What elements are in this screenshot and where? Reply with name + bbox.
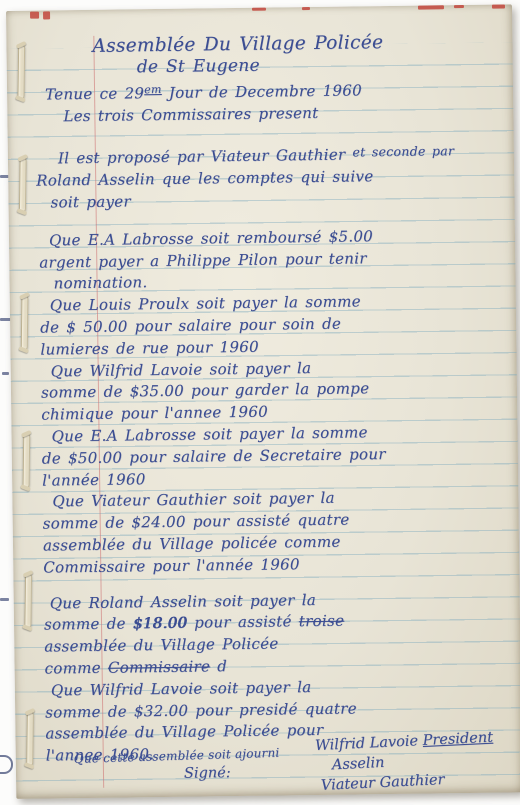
red-edge-mark [43, 11, 50, 19]
signed-label: Signé: [184, 765, 231, 782]
manuscript-segment: pour assisté [187, 613, 299, 632]
binding-stitch [24, 574, 32, 628]
binding-stitch [21, 296, 29, 350]
binding-stitch [19, 158, 27, 212]
manuscript-segment: Commissaire [108, 657, 210, 676]
manuscript-page: Assemblée Du Village Policéede St Eugene… [6, 4, 520, 799]
red-edge-mark [492, 4, 505, 8]
signature-name: Wilfrid Lavoie [315, 733, 423, 754]
signature-name: Asselin [332, 755, 385, 774]
manuscript-segment: $18.00 [133, 614, 188, 633]
manuscript-segment: Jour de Decembre 1960 [162, 81, 362, 102]
red-edge-mark [302, 7, 310, 10]
scan-background: Assemblée Du Village Policéede St Eugene… [0, 0, 520, 805]
manuscript-segment: Tenue ce 29 [45, 84, 144, 103]
binding-stitch [17, 45, 25, 99]
red-edge-mark [454, 5, 464, 8]
signature-title: President [422, 730, 493, 749]
manuscript-segment: Il est proposé par Viateur Gauthier [58, 146, 353, 168]
red-edge-mark [30, 12, 39, 19]
facing-page-ink-curl [0, 755, 13, 774]
signature-name: Viateur Gauthier [321, 772, 445, 794]
signature-block: Wilfrid Lavoie PresidentAsselinViateur G… [315, 728, 496, 796]
manuscript-segment: somme de [44, 615, 133, 634]
red-edge-mark [418, 5, 444, 9]
manuscript-lines: Assemblée Du Village Policéede St Eugene… [34, 30, 516, 767]
manuscript-segment: d [210, 657, 227, 675]
manuscript-segment: comme [44, 659, 108, 678]
red-edge-mark [252, 8, 266, 11]
binding-stitch [26, 712, 34, 766]
manuscript-segment: em [144, 83, 162, 96]
manuscript-segment: et seconde par [352, 144, 454, 160]
binding-stitch [23, 434, 31, 488]
facing-page-ink-mark [2, 372, 9, 375]
manuscript-segment: troise [299, 612, 345, 631]
facing-page-ink-mark [0, 598, 9, 601]
